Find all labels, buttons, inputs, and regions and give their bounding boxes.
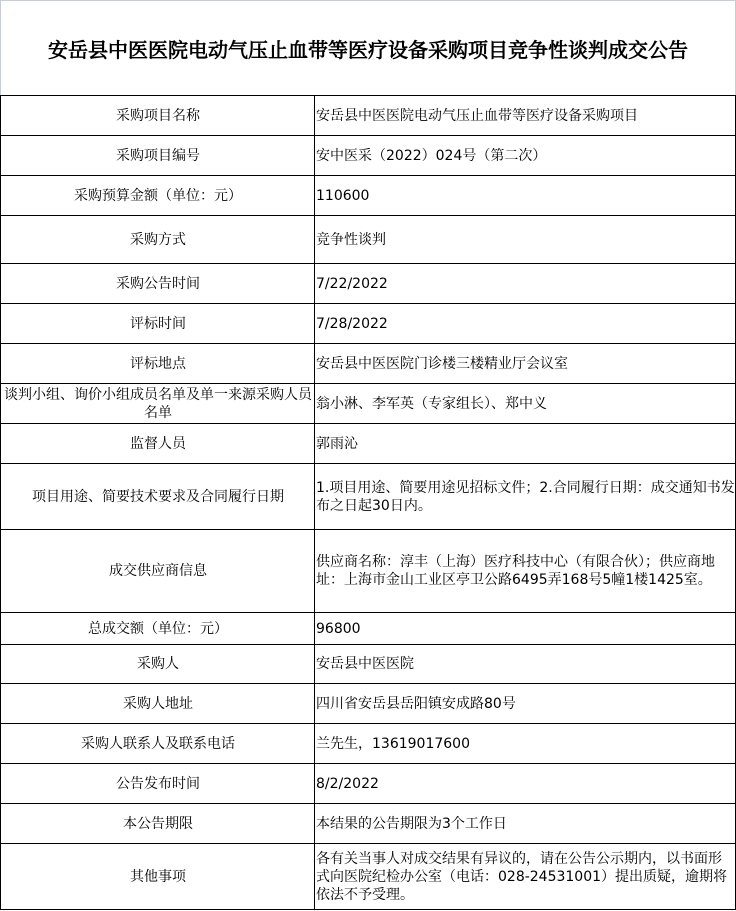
row-label: 采购公告时间 xyxy=(1,264,315,304)
row-label: 评标时间 xyxy=(1,304,315,344)
table-row: 采购项目名称安岳县中医医院电动气压止血带等医疗设备采购项目 xyxy=(1,96,736,136)
table-row: 采购人联系人及联系电话兰先生，13619017600 xyxy=(1,724,736,764)
table-row: 谈判小组、询价小组成员名单及单一来源采购人员名单翁小淋、李军英（专家组长）、郑中… xyxy=(1,384,736,424)
table-row: 采购项目编号安中医采（2022）024号（第二次） xyxy=(1,136,736,176)
table-row: 采购预算金额（单位：元）110600 xyxy=(1,176,736,216)
row-value: 7/22/2022 xyxy=(315,264,736,304)
row-value: 郭雨沁 xyxy=(315,424,736,464)
notice-title: 安岳县中医医院电动气压止血带等医疗设备采购项目竞争性谈判成交公告 xyxy=(0,0,736,96)
table-row: 采购公告时间7/22/2022 xyxy=(1,264,736,304)
table-row: 监督人员郭雨沁 xyxy=(1,424,736,464)
row-label: 采购方式 xyxy=(1,216,315,264)
row-value: 96800 xyxy=(315,613,736,645)
table-row: 项目用途、简要技术要求及合同履行日期1.项目用途、简要用途见招标文件；2.合同履… xyxy=(1,464,736,530)
row-label: 其他事项 xyxy=(1,844,315,910)
row-label: 项目用途、简要技术要求及合同履行日期 xyxy=(1,464,315,530)
row-label: 采购人地址 xyxy=(1,684,315,724)
row-label: 谈判小组、询价小组成员名单及单一来源采购人员名单 xyxy=(1,384,315,424)
row-value: 1.项目用途、简要用途见招标文件；2.合同履行日期：成交通知书发布之日起30日内… xyxy=(315,464,736,530)
table-row: 公告发布时间8/2/2022 xyxy=(1,764,736,804)
row-label: 成交供应商信息 xyxy=(1,530,315,613)
row-value: 竞争性谈判 xyxy=(315,216,736,264)
row-label: 公告发布时间 xyxy=(1,764,315,804)
row-value: 供应商名称：淳丰（上海）医疗科技中心（有限合伙）；供应商地址：上海市金山工业区亭… xyxy=(315,530,736,613)
row-label: 采购项目名称 xyxy=(1,96,315,136)
table-row: 总成交额（单位：元）96800 xyxy=(1,613,736,645)
row-value: 各有关当事人对成交结果有异议的，请在公告公示期内，以书面形式向医院纪检办公室（电… xyxy=(315,844,736,910)
row-label: 总成交额（单位：元） xyxy=(1,613,315,645)
row-value: 8/2/2022 xyxy=(315,764,736,804)
row-value: 7/28/2022 xyxy=(315,304,736,344)
row-label: 采购人 xyxy=(1,645,315,684)
row-value: 四川省安岳县岳阳镇安成路80号 xyxy=(315,684,736,724)
row-value: 安中医采（2022）024号（第二次） xyxy=(315,136,736,176)
notice-table: 采购项目名称安岳县中医医院电动气压止血带等医疗设备采购项目采购项目编号安中医采（… xyxy=(0,95,736,910)
table-row: 评标时间7/28/2022 xyxy=(1,304,736,344)
row-label: 本公告期限 xyxy=(1,804,315,844)
row-label: 采购预算金额（单位：元） xyxy=(1,176,315,216)
table-row: 成交供应商信息供应商名称：淳丰（上海）医疗科技中心（有限合伙）；供应商地址：上海… xyxy=(1,530,736,613)
table-row: 评标地点安岳县中医医院门诊楼三楼精业厅会议室 xyxy=(1,344,736,384)
row-value: 安岳县中医医院电动气压止血带等医疗设备采购项目 xyxy=(315,96,736,136)
table-row: 采购人安岳县中医医院 xyxy=(1,645,736,684)
row-value: 翁小淋、李军英（专家组长）、郑中义 xyxy=(315,384,736,424)
row-label: 评标地点 xyxy=(1,344,315,384)
table-row: 采购方式竞争性谈判 xyxy=(1,216,736,264)
table-row: 采购人地址四川省安岳县岳阳镇安成路80号 xyxy=(1,684,736,724)
row-value: 安岳县中医医院门诊楼三楼精业厅会议室 xyxy=(315,344,736,384)
table-row: 本公告期限本结果的公告期限为3个工作日 xyxy=(1,804,736,844)
row-value: 兰先生，13619017600 xyxy=(315,724,736,764)
row-label: 采购项目编号 xyxy=(1,136,315,176)
table-row: 其他事项各有关当事人对成交结果有异议的，请在公告公示期内，以书面形式向医院纪检办… xyxy=(1,844,736,910)
row-value: 110600 xyxy=(315,176,736,216)
row-value: 本结果的公告期限为3个工作日 xyxy=(315,804,736,844)
row-label: 监督人员 xyxy=(1,424,315,464)
row-value: 安岳县中医医院 xyxy=(315,645,736,684)
row-label: 采购人联系人及联系电话 xyxy=(1,724,315,764)
